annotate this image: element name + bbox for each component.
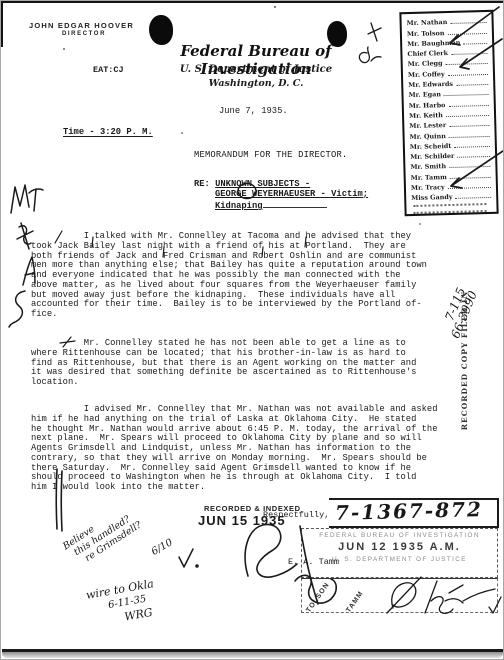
routing-initial-stamp-box	[301, 578, 498, 613]
handwritten-followup-date: 6/10	[150, 537, 175, 558]
illegible-fine-print	[414, 210, 487, 216]
followup-checkmark	[179, 549, 198, 567]
handwritten-case-number: 7-1367-872	[335, 497, 484, 525]
dotted-leader	[448, 73, 488, 76]
dotted-leader	[446, 114, 489, 117]
time-line: Time - 3:20 P. M.	[63, 127, 153, 137]
scan-edge-left	[1, 1, 3, 47]
routing-name: Mr. Scheidt	[410, 142, 452, 151]
routing-name: Mr. Smith	[410, 163, 446, 172]
letterhead-department: U. S. Department of Justice	[151, 64, 361, 75]
dotted-leader	[463, 42, 487, 45]
dotted-leader	[449, 124, 489, 127]
re-label: RE:	[194, 179, 215, 189]
received-stamp-bureau: FEDERAL BUREAU OF INVESTIGATION	[302, 532, 497, 539]
body-paragraph-3: I advised Mr. Connelley that Mr. Nathan …	[31, 405, 437, 493]
recorded-copy-filed-stamp: RECORDED COPY FILED IN	[460, 268, 469, 453]
routing-name: Mr. Tolson	[407, 29, 445, 38]
routing-name: Mr. Tamm	[411, 173, 447, 182]
routing-name: Mr. Tracy	[411, 183, 445, 192]
routing-name: Mr. Keith	[409, 111, 443, 120]
closing-respectfully: Respectfully,	[263, 510, 329, 520]
re-line-2: GEORGE WEYERHAEUSER - Victim;	[215, 190, 368, 200]
body-paragraph-2: Mr. Connelley stated he has not been abl…	[31, 339, 416, 388]
dotted-leader	[456, 83, 488, 86]
routing-name: Mr. Coffey	[408, 70, 445, 79]
routing-name: Mr. Schilder	[410, 152, 454, 161]
routing-name: Mr. Harbo	[409, 101, 446, 110]
dotted-leader	[456, 196, 492, 199]
hole-punch-dot	[149, 15, 173, 45]
handwritten-file-numbers: 7-115 66-3990	[438, 285, 479, 340]
routing-name: Mr. Clegg	[408, 60, 443, 69]
scan-edge-top	[1, 1, 504, 3]
routing-name: Chief Clerk	[407, 49, 448, 58]
routing-name: Mr. Lester	[409, 121, 446, 130]
typed-signature: E. A. Tamm	[288, 557, 339, 567]
document-page: JOHN EDGAR HOOVER DIRECTOR Federal Burea…	[0, 0, 504, 660]
letter-date: June 7, 1935.	[219, 106, 288, 116]
routing-name: Mr. Edwards	[408, 80, 453, 89]
routing-name-row: Miss Gandy	[411, 190, 494, 202]
handwritten-followup-note: Believe this handled? re Grimsdell?	[61, 501, 144, 571]
routing-name: Mr. Baughman	[407, 39, 460, 48]
re-line-3: Kidnaping	[215, 199, 368, 212]
paper-specks	[274, 6, 276, 8]
routing-name: Mr. Nathan	[407, 18, 448, 27]
routing-name: Miss Gandy	[411, 193, 453, 202]
routing-names-box: Mr. Nathan Mr. Tolson Mr. Baughman Chief…	[399, 10, 498, 216]
body-paragraph-1: I talked with Mr. Connelley at Tacoma an…	[31, 232, 427, 320]
dotted-leader	[448, 104, 488, 107]
dotted-leader	[451, 52, 487, 55]
re-subject-block: RE: UNKNOWN SUBJECTS - GEORGE WEYERHAEUS…	[194, 180, 368, 212]
memo-heading: MEMORANDUM FOR THE DIRECTOR.	[194, 150, 347, 160]
received-stamp-date: JUN 12 1935 A.M.	[302, 541, 497, 553]
re-crime: Kidnaping	[215, 201, 263, 211]
dotted-leader	[448, 186, 491, 189]
dotted-leader	[450, 176, 491, 179]
letterhead-location: Washington, D. C.	[166, 78, 346, 89]
routing-name: Mr. Quinn	[409, 132, 445, 141]
dotted-leader	[447, 32, 487, 35]
illegible-fine-print	[413, 203, 486, 209]
dotted-leader	[446, 62, 488, 65]
handwritten-wire-note: wire to Okla 6-11-35 WRG	[85, 577, 160, 630]
dotted-leader	[449, 135, 490, 138]
underline-tail	[263, 199, 327, 208]
dotted-leader	[444, 93, 489, 96]
re-victim: GEORGE WEYERHAEUSER - Victim;	[215, 189, 368, 199]
reference-initials: EAT:CJ	[93, 65, 124, 75]
dotted-leader	[454, 145, 490, 148]
dotted-leader	[449, 165, 490, 168]
dotted-leader	[450, 21, 486, 24]
official-name: JOHN EDGAR HOOVER	[29, 21, 134, 30]
dotted-leader	[457, 155, 490, 158]
received-date-stamp-box: FEDERAL BUREAU OF INVESTIGATION JUN 12 1…	[301, 528, 498, 578]
scan-shadow	[2, 652, 503, 658]
re-subject: UNKNOWN SUBJECTS -	[215, 179, 310, 189]
routing-name: Mr. Egan	[408, 91, 441, 100]
official-title: DIRECTOR	[29, 31, 139, 37]
